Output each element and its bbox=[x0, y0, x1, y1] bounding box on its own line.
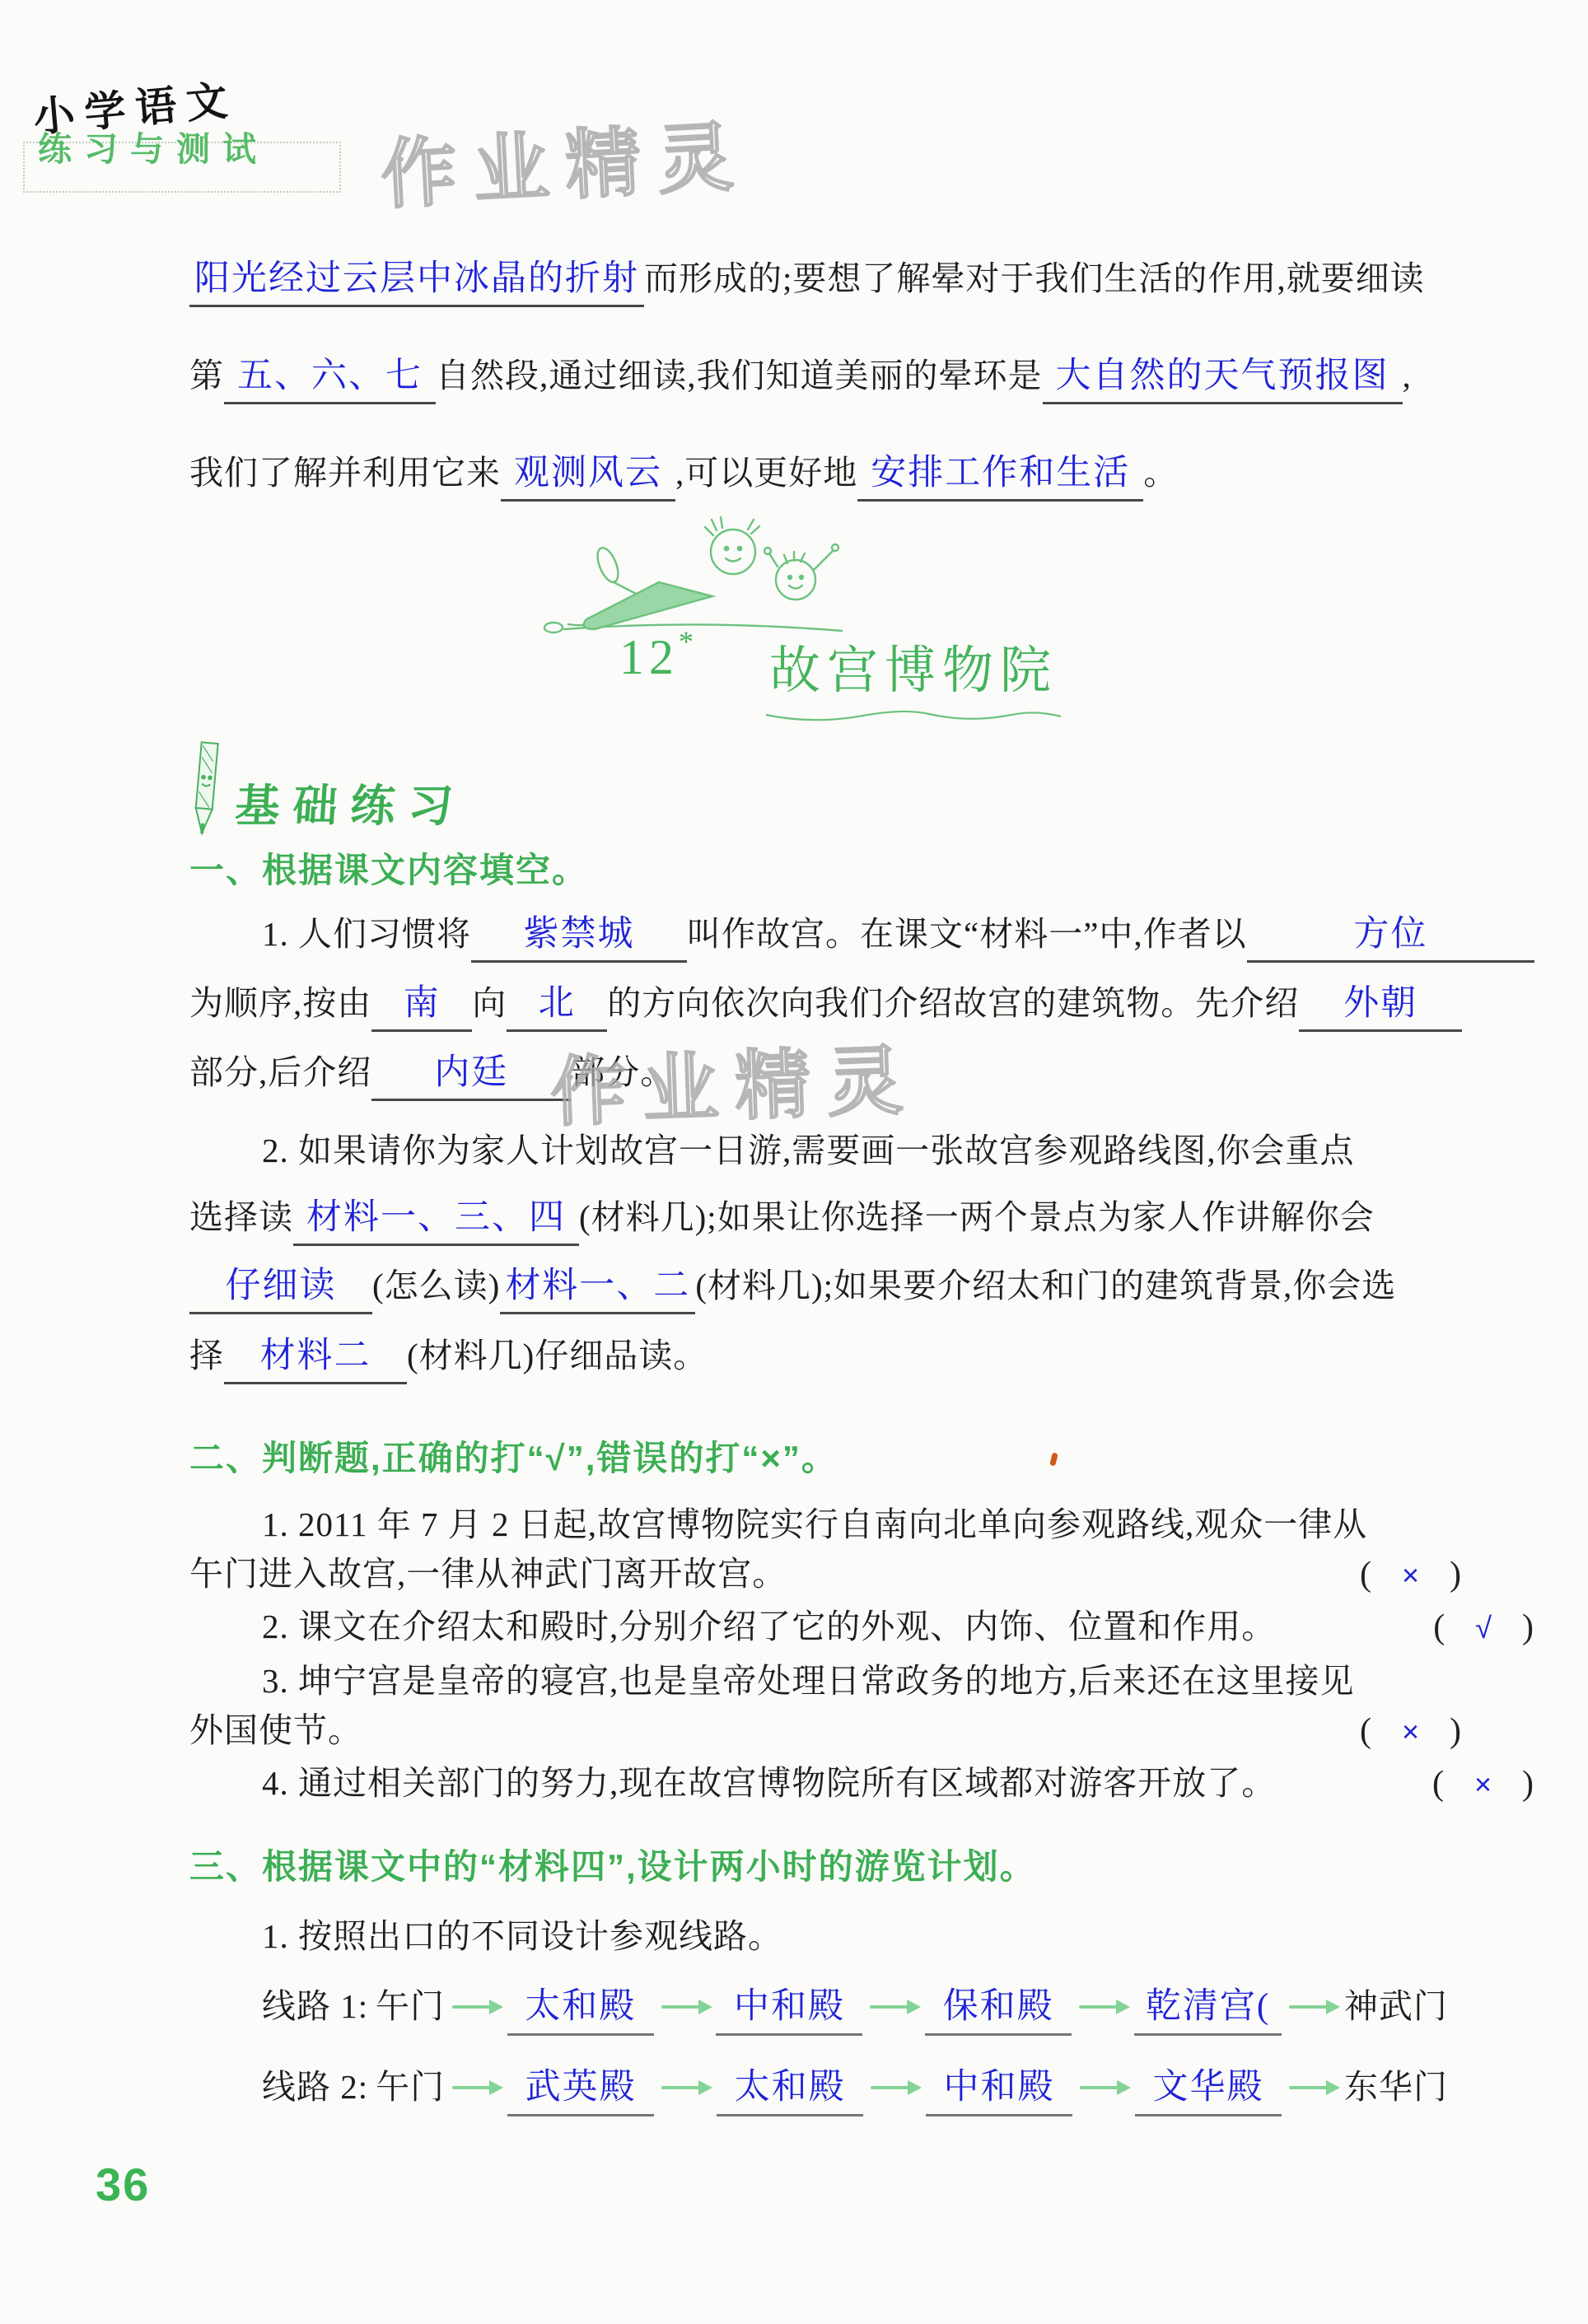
answer-blank: 北 bbox=[507, 982, 607, 1032]
text-segment: 部分。 bbox=[571, 1052, 675, 1094]
intro-line: 我们了解并利用它来 观测风云 ,可以更好地 安排工作和生活 。 bbox=[189, 451, 1462, 502]
text-segment: 为顺序,按由 bbox=[189, 982, 371, 1024]
answer-blank: 紫禁城 bbox=[471, 912, 687, 963]
answer-blank: 大自然的天气预报图 bbox=[1043, 354, 1403, 404]
text-segment: 1. 2011 年 7 月 2 日起,故宫博物院实行自南向北单向参观路线,观众一… bbox=[262, 1504, 1367, 1546]
handwritten-mark: × bbox=[1402, 1713, 1420, 1750]
answer-blank: 外朝 bbox=[1299, 982, 1462, 1032]
text-segment: , bbox=[1403, 355, 1412, 397]
answer-blank: 仔细读 bbox=[189, 1264, 372, 1314]
handwritten-mark: × bbox=[1402, 1556, 1420, 1594]
section2-heading: 二、判断题,正确的打“√”,错误的打“×”。 bbox=[189, 1431, 838, 1481]
handwritten-answer: 五、六、七 bbox=[237, 357, 423, 395]
bracket-open: ( bbox=[1360, 1710, 1372, 1753]
page-number: 36 bbox=[96, 2158, 150, 2211]
handwritten-answer: 北 bbox=[539, 984, 576, 1023]
route-answer-blank: 保和殿 bbox=[925, 1978, 1072, 2036]
handwritten-answer: 观测风云 bbox=[514, 454, 662, 492]
handwritten-answer: 太和殿 bbox=[525, 1987, 636, 2026]
handwritten-answer: 太和殿 bbox=[735, 2068, 846, 2107]
route-line-2: 线路 2: 午门 武英殿 太和殿 中和殿 文华殿 东华门 bbox=[262, 2059, 1448, 2116]
judgment-line: 2. 课文在介绍太和殿时,分别介绍了它的外观、内饰、位置和作用。 ( √ ) bbox=[189, 1606, 1534, 1650]
ink-speck bbox=[1049, 1452, 1058, 1466]
bracket-open: ( bbox=[1432, 1762, 1445, 1806]
section1-heading: 一、根据课文内容填空。 bbox=[189, 843, 588, 893]
route-start: 午门 bbox=[376, 2060, 445, 2108]
arrow-icon bbox=[1289, 2005, 1337, 2009]
text-segment: (材料几);如果要介绍太和门的建筑背景,你会选 bbox=[695, 1265, 1396, 1307]
handwritten-answer: 保和殿 bbox=[943, 1987, 1054, 2026]
practice-section-header: 基础练习 bbox=[233, 771, 468, 834]
arrow-icon bbox=[452, 2086, 500, 2089]
arrow-icon bbox=[1079, 2005, 1127, 2009]
answer-blank: 阳光经过云层中冰晶的折射 bbox=[189, 257, 644, 307]
answer-blank: 内廷 bbox=[371, 1051, 571, 1101]
route-answer-blank: 武英殿 bbox=[507, 2059, 654, 2116]
judgment-line: 1. 2011 年 7 月 2 日起,故宫博物院实行自南向北单向参观路线,观众一… bbox=[189, 1504, 1534, 1546]
q2-line: 仔细读 (怎么读) 材料一、二 (材料几);如果要介绍太和门的建筑背景,你会选 bbox=[189, 1264, 1462, 1314]
watermark-text: 作业精灵 bbox=[378, 96, 752, 223]
route-answer-blank: 太和殿 bbox=[717, 2059, 863, 2116]
route-answer-blank: 中和殿 bbox=[926, 2059, 1072, 2116]
route-answer-blank: 中和殿 bbox=[716, 1978, 862, 2036]
children-illustration bbox=[535, 504, 865, 648]
handwritten-answer: 武英殿 bbox=[525, 2068, 637, 2107]
text-segment: 1. 按照出口的不同设计参观线路。 bbox=[262, 1916, 782, 1958]
judgment-answer: ( × ) bbox=[1432, 1762, 1534, 1806]
handwritten-answer: 材料二 bbox=[260, 1337, 371, 1375]
bracket-close: ) bbox=[1450, 1710, 1462, 1753]
lesson-star: * bbox=[679, 624, 694, 659]
answer-blank: 安排工作和生活 bbox=[857, 451, 1143, 502]
arrow-icon bbox=[661, 2005, 709, 2009]
workbook-page: 作业精灵 作业精灵 小学语文 练习与测试 阳光经过云层中冰晶的折射 而形成的;要… bbox=[0, 0, 1588, 2324]
judgment-line: 3. 坤宁宫是皇帝的寝宫,也是皇帝处理日常政务的地方,后来还在这里接见 bbox=[189, 1660, 1534, 1702]
handwritten-mark: × bbox=[1474, 1766, 1492, 1803]
answer-blank: 材料一、三、四 bbox=[293, 1196, 579, 1246]
judgment-answer: ( √ ) bbox=[1433, 1606, 1534, 1650]
bracket-close: ) bbox=[1522, 1762, 1534, 1806]
q1-line: 为顺序,按由 南 向 北 的方向依次向我们介绍故宫的建筑物。先介绍 外朝 bbox=[189, 982, 1462, 1032]
handwritten-answer: 紫禁城 bbox=[524, 915, 635, 954]
text-segment: 而形成的;要想了解晕对于我们生活的作用,就要细读 bbox=[644, 258, 1425, 300]
handwritten-answer: 内廷 bbox=[434, 1053, 508, 1092]
text-segment: 自然段,通过细读,我们知道美丽的晕环是 bbox=[436, 355, 1043, 397]
answer-blank: 材料二 bbox=[224, 1334, 407, 1384]
lesson-number: 12 bbox=[619, 629, 679, 686]
route-answer-blank: 文华殿 bbox=[1135, 2059, 1282, 2116]
arrow-icon bbox=[452, 2005, 500, 2009]
bracket-open: ( bbox=[1433, 1606, 1446, 1650]
lesson-title: 12 * 故宫博物院 bbox=[619, 629, 1058, 702]
title-wave-underline bbox=[764, 703, 1063, 726]
text-segment: ,可以更好地 bbox=[675, 452, 857, 494]
handwritten-answer: 仔细读 bbox=[226, 1267, 337, 1305]
arrow-icon bbox=[1080, 2086, 1128, 2089]
handwritten-answer: 文华殿 bbox=[1153, 2068, 1264, 2107]
handwritten-answer: 方位 bbox=[1353, 915, 1427, 954]
arrow-icon bbox=[1289, 2086, 1337, 2089]
text-segment: (怎么读) bbox=[372, 1265, 500, 1307]
arrow-icon bbox=[661, 2086, 709, 2089]
text-segment: 向 bbox=[472, 982, 507, 1024]
q2-line: 选择读 材料一、三、四 (材料几);如果让你选择一两个景点为家人作讲解你会 bbox=[189, 1196, 1462, 1246]
q1-line: 1. 人们习惯将 紫禁城 叫作故宫。在课文“材料一”中,作者以 方位 bbox=[189, 912, 1534, 963]
text-segment: 的方向依次向我们介绍故宫的建筑物。先介绍 bbox=[607, 982, 1299, 1024]
text-segment: 外国使节。 bbox=[189, 1710, 362, 1752]
handwritten-mark: √ bbox=[1475, 1609, 1492, 1646]
text-segment: (材料几);如果让你选择一两个景点为家人作讲解你会 bbox=[579, 1197, 1375, 1239]
handwritten-answer: 外朝 bbox=[1343, 984, 1418, 1023]
bracket-open: ( bbox=[1360, 1553, 1372, 1597]
route-answer-blank: 太和殿 bbox=[507, 1978, 654, 2036]
arrow-icon bbox=[871, 2086, 918, 2089]
handwritten-answer: 阳光经过云层中冰晶的折射 bbox=[194, 259, 639, 298]
judgment-answer: ( × ) bbox=[1360, 1710, 1462, 1753]
text-segment: (材料几)仔细品读。 bbox=[407, 1335, 708, 1377]
bracket-close: ) bbox=[1450, 1553, 1462, 1597]
intro-line: 阳光经过云层中冰晶的折射 而形成的;要想了解晕对于我们生活的作用,就要细读 bbox=[189, 257, 1462, 307]
route-end: 神武门 bbox=[1344, 1979, 1448, 2028]
logo-subtitle: 练习与测试 bbox=[38, 122, 269, 170]
text-segment: 2. 课文在介绍太和殿时,分别介绍了它的外观、内饰、位置和作用。 bbox=[262, 1606, 1276, 1648]
text-segment: 3. 坤宁宫是皇帝的寝宫,也是皇帝处理日常政务的地方,后来还在这里接见 bbox=[262, 1660, 1355, 1702]
q2-line: 择 材料二 (材料几)仔细品读。 bbox=[189, 1334, 1462, 1384]
route-start: 午门 bbox=[376, 1979, 445, 2028]
judgment-line: 4. 通过相关部门的努力,现在故宫博物院所有区域都对游客开放了。 ( × ) bbox=[189, 1762, 1534, 1806]
text-segment: 选择读 bbox=[189, 1197, 293, 1239]
arrow-icon bbox=[870, 2005, 918, 2009]
handwritten-answer: 中和殿 bbox=[944, 2068, 1055, 2107]
handwritten-answer: 材料一、二 bbox=[505, 1267, 690, 1305]
text-segment: 部分,后介绍 bbox=[189, 1052, 371, 1094]
answer-blank: 五、六、七 bbox=[224, 354, 436, 404]
answer-blank: 观测风云 bbox=[501, 451, 675, 502]
text-segment: 我们了解并利用它来 bbox=[189, 452, 501, 494]
pencil-icon bbox=[181, 738, 231, 842]
text-segment: 1. 人们习惯将 bbox=[262, 913, 471, 955]
q1-line: 部分,后介绍 内廷 部分。 bbox=[189, 1051, 1462, 1101]
text-segment: 4. 通过相关部门的努力,现在故宫博物院所有区域都对游客开放了。 bbox=[262, 1762, 1276, 1804]
text-segment: 择 bbox=[189, 1335, 224, 1377]
judgment-line: 午门进入故宫,一律从神武门离开故宫。 ( × ) bbox=[189, 1553, 1462, 1597]
text-segment: 叫作故宫。在课文“材料一”中,作者以 bbox=[687, 913, 1247, 955]
text-segment: 2. 如果请你为家人计划故宫一日游,需要画一张故宫参观路线图,你会重点 bbox=[262, 1130, 1355, 1172]
handwritten-answer: 中和殿 bbox=[734, 1987, 845, 2026]
answer-blank: 材料一、二 bbox=[500, 1264, 695, 1314]
route-end: 东华门 bbox=[1344, 2060, 1448, 2108]
text-segment: 午门进入故宫,一律从神武门离开故宫。 bbox=[189, 1553, 787, 1595]
text-segment: 。 bbox=[1143, 452, 1178, 494]
route-line-1: 线路 1: 午门 太和殿 中和殿 保和殿 乾清宫( 神武门 bbox=[262, 1978, 1448, 2036]
route-label: 线路 1: bbox=[262, 1979, 368, 2028]
handwritten-answer: 材料一、三、四 bbox=[306, 1198, 566, 1237]
judgment-answer: ( × ) bbox=[1360, 1553, 1462, 1597]
intro-line: 第 五、六、七 自然段,通过细读,我们知道美丽的晕环是 大自然的天气预报图 , bbox=[189, 354, 1462, 404]
lesson-name: 故宫博物院 bbox=[769, 629, 1058, 702]
answer-blank: 南 bbox=[371, 982, 472, 1032]
answer-blank: 方位 bbox=[1247, 912, 1534, 963]
judgment-line: 外国使节。 ( × ) bbox=[189, 1710, 1462, 1753]
handwritten-answer: 南 bbox=[404, 984, 441, 1023]
bracket-close: ) bbox=[1522, 1606, 1534, 1650]
handwritten-answer: 安排工作和生活 bbox=[871, 454, 1130, 492]
handwritten-answer: 乾清宫( bbox=[1146, 1987, 1270, 2026]
section3-heading: 三、根据课文中的“材料四”,设计两小时的游览计划。 bbox=[189, 1840, 1036, 1889]
text-segment: 第 bbox=[189, 355, 224, 397]
handwritten-answer: 大自然的天气预报图 bbox=[1056, 357, 1389, 395]
q2-line: 2. 如果请你为家人计划故宫一日游,需要画一张故宫参观路线图,你会重点 bbox=[189, 1130, 1534, 1172]
route-label: 线路 2: bbox=[262, 2060, 368, 2108]
section3-subheading: 1. 按照出口的不同设计参观线路。 bbox=[189, 1916, 1534, 1958]
route-answer-blank: 乾清宫( bbox=[1134, 1978, 1282, 2036]
